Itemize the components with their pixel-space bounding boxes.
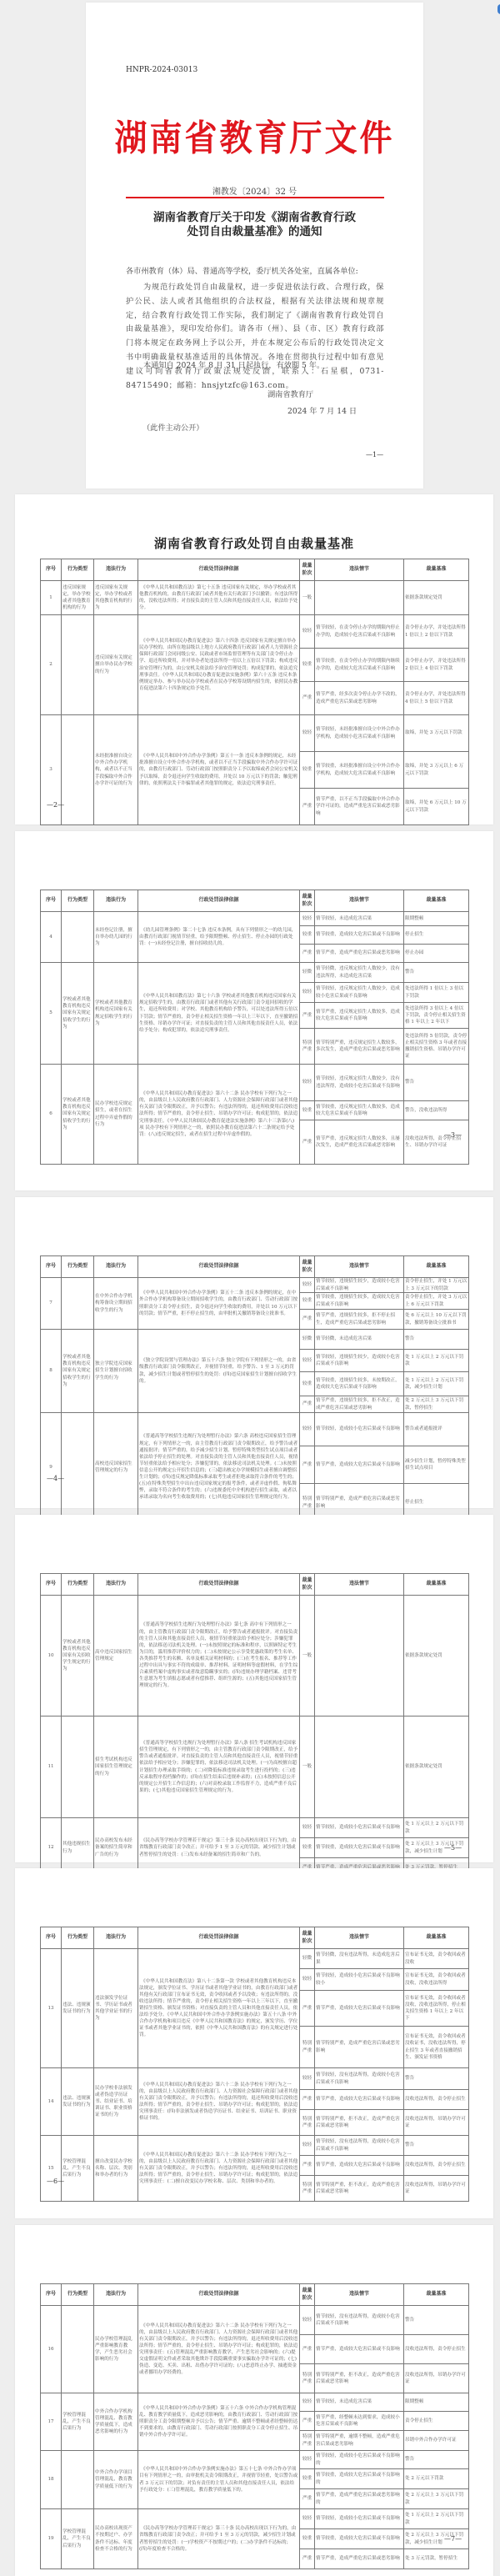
table-row: 16民办学校管理混乱严重影响教育教学，产生恶劣社会影响的行为《中华人民共和国民办… <box>41 2306 469 2335</box>
discretion-standard-cell: 责令停止办学，并处违法所得 1 倍以上 2 倍以下罚款 <box>404 615 469 649</box>
discretion-level-cell: 严重 <box>300 789 315 825</box>
table-row: 7在中外合作办学机构筹备设立期间招收学生的行为《中华人民共和国中外合作办学条例》… <box>41 1278 469 1293</box>
circumstances-cell: 情节较轻，造成较小危害后果或不良影响的 <box>315 2451 404 2469</box>
behavior-type-cell <box>62 715 94 825</box>
legal-basis-cell: 《中华人民共和国民办教育促进法》第六十二条 民办学校有下列行为之一的，由县级以上… <box>138 2306 300 2393</box>
row-number-cell: 1 <box>41 581 62 615</box>
header-discretion-standard: 裁量基准 <box>404 1927 469 1949</box>
header-behavior-type: 行为类型 <box>62 1256 94 1278</box>
discretion-standard-cell: 停止办园 <box>404 945 469 963</box>
row-number-cell: 13 <box>41 1949 62 2068</box>
behavior-type-cell: 违反国家规定，举办学校或者其他教育机构的行为 <box>62 581 94 615</box>
discretion-level-cell: 较重 <box>300 752 315 789</box>
behavior-type-cell <box>62 1716 94 1818</box>
table-row: 4未经登记注册，擅自举办幼儿园的行为《幼儿园管理条例》第二十七条 违反本条例，具… <box>41 912 469 926</box>
discretion-level-cell: 较轻 <box>300 983 315 1003</box>
behavior-type-cell <box>62 1278 94 1330</box>
discretion-standard-cell: 宣布证书无效，责令收回或者没收，没收违法所得 <box>404 1969 469 1991</box>
document-number: 湘教发〔2024〕32 号 <box>86 184 423 197</box>
circumstances-cell: 情节较重，造成较大危害后果或不良影响 <box>315 1838 404 1858</box>
discretion-standard-cell: 责令停止办学，并处违法所得 2 倍以上 4 倍以下罚款 <box>404 649 469 682</box>
violation-cell: 在中外合作办学机构筹备设立期间招收学生的行为 <box>94 1278 138 1330</box>
legal-basis-cell: 《中华人民共和国民办教育促进法》第六十四条 违反国家有关规定擅自举办民办学校的，… <box>138 615 300 715</box>
table-row: 17学校管理混乱，产生不良后果行为中外合作办学机构管理混乱、教育教学质量低下，造… <box>41 2393 469 2412</box>
table-row: 18中外合作办学项目管理混乱，教育教学质量低下的行为《中华人民共和国中外合作办学… <box>41 2451 469 2469</box>
discretion-level-cell: 较轻 <box>300 2136 315 2156</box>
header-behavior-type: 行为类型 <box>62 2284 94 2306</box>
violation-cell: 高中违反国家招生管理规定 <box>94 1596 138 1716</box>
discretion-standard-cell: 依据条款规定处罚 <box>404 1596 469 1716</box>
header-violation: 违法行为 <box>94 2284 138 2306</box>
circumstances-cell: 情节轻微，违反规定招生人数较少，没有违法所得，未造成危害后果 <box>315 963 404 983</box>
legal-basis-cell: 《中华人民共和国中外合作办学条例》第五十一条 违反本条例的规定，未经批准擅自设立… <box>138 715 300 825</box>
discretion-level-cell: 较轻 <box>300 1350 315 1372</box>
discretion-standard-cell: 责令停止招生，并处 1 万元以上 3 万元以下的罚款 <box>404 1278 469 1293</box>
table-row: 10学校或者其他教育机构违反国家有关招收学生规定的行为高中违反国家招生管理规定《… <box>41 1596 469 1716</box>
circumstances-cell: 情节严重，造成较大危害后果或不良影响 <box>315 2335 404 2364</box>
discretion-level-cell: 严重 <box>300 1003 315 1029</box>
header-number: 序号 <box>41 1927 62 1949</box>
discretion-standard-cell: 没收违法所得，责令停止招生 <box>404 2156 469 2176</box>
header-behavior-type: 行为类型 <box>62 559 94 581</box>
page-number: —4— <box>47 1475 64 1482</box>
discretion-level-cell: 严重 <box>300 945 315 963</box>
legal-basis-cell: 《普通高等学校招生违规行为处理暂行办法》第八条 招生考试机构违反国家招生管理规定… <box>138 1716 300 1818</box>
behavior-type-cell: 学校管理混乱，产生不良后果行为 <box>62 2509 94 2569</box>
discretion-standard-cell: 处 2 万元以下罚款 <box>404 2469 469 2489</box>
behavior-type-cell <box>62 2306 94 2393</box>
header-behavior-type: 行为类型 <box>62 1574 94 1596</box>
discretion-standard-cell: 没收违法所得，责令停止招生 <box>404 2335 469 2364</box>
row-number-cell: 17 <box>41 2393 62 2451</box>
table-row: 11招生考试机构违反国家招生管理规定的行为《普通高等学校招生违规行为处理暂行办法… <box>41 1716 469 1818</box>
discretion-level-cell: 较轻 <box>300 1065 315 1101</box>
table-row: 8学校或者其他教育机构违反国家有关规定招收学生的行为独立学院违反国家招生计划擅自… <box>41 1330 469 1350</box>
circumstances-cell: 情节较轻，造成较小危害后果或不良影响 <box>315 1818 404 1838</box>
discretion-standard-cell: 警告，没收违法所得 <box>404 1101 469 1120</box>
violation-cell: 民办学校违反规定招生，或者在招生过程中弄虚作假的行为 <box>94 1065 138 1165</box>
header-behavior-type: 行为类型 <box>62 1927 94 1949</box>
discretion-standard-cell: 责令停止招生，并处 3 万元以上 6 万元以下罚款 <box>404 1293 469 1310</box>
discretion-standard-cell: 处 3 万元罚款，暂停招生 <box>404 2549 469 2569</box>
discretion-standard-cell: 依据条款规定处罚 <box>404 581 469 615</box>
header-discretion-level: 裁量阶次 <box>300 559 315 581</box>
effective-date-text: 本通知自 2024 年 8 月 31 日起执行，有效期 5 年。 <box>143 358 324 370</box>
circumstances-cell: 情节严重，造成较大危害后果或不良影响 <box>315 2156 404 2176</box>
notice-body: 为规范行政处罚自由裁量权，进一步促进依法行政、合理行政，保护公民、法人或者其他组… <box>126 281 384 393</box>
discretion-level-cell: 严重 <box>300 2156 315 2176</box>
circumstances-cell: 情节严重，造成严重危害后果或恶劣影响 <box>315 2549 404 2569</box>
discretion-level-cell: 严重 <box>300 1310 315 1330</box>
discretion-standard-cell: 取缔，并处 6 万元以上 10 万元以下罚款 <box>404 789 469 825</box>
behavior-type-cell: 违法、违规颁发证书的行为 <box>62 2068 94 2136</box>
discretion-standard-cell: 限期整顿 <box>404 912 469 926</box>
circumstances-cell: 情节轻微，未造成危害后果 <box>315 1330 404 1350</box>
discretion-standard-cell: 警告 <box>404 2068 469 2090</box>
discretion-standard-cell: 没收违法所得，责令停止招生 <box>404 2090 469 2110</box>
circumstances-cell: 情节特别严重，违反规定招生人数较多，多次发生，造成严重危害后果或恶劣影响 <box>315 1029 404 1065</box>
behavior-type-cell: 学校或者其他教育机构违反国家有关规定招收学生的行为 <box>62 963 94 1065</box>
discretion-level-cell: 较重 <box>300 1372 315 1396</box>
header-legal-basis: 行政处罚法律依据 <box>138 2284 300 2306</box>
circumstances-cell: 情节较重，违反规定招生人数较多，造成较大危害后果或不良影响 <box>315 1101 404 1120</box>
discretion-standard-cell: 没收违法所得，吊销办学许可证 <box>404 2110 469 2136</box>
header-violation: 违法行为 <box>94 1927 138 1949</box>
row-number-cell: 16 <box>41 2306 62 2393</box>
circumstances-cell: 情节较重，造成较大危害后果或不良影响 <box>315 926 404 945</box>
discretion-level-cell: 严重 <box>300 2489 315 2509</box>
behavior-type-cell: 学校管理混乱，产生不良后果行为 <box>62 2393 94 2451</box>
header-number: 序号 <box>41 559 62 581</box>
circumstances-cell <box>315 581 404 615</box>
behavior-type-cell <box>62 615 94 715</box>
header-number: 序号 <box>41 1256 62 1278</box>
discretion-level-cell: 较轻 <box>300 2068 315 2090</box>
discretion-standard-cell: 宣布证书无效，责令收回或者没收，没收违法所得，停止相关招生资格 1 年以上 2 … <box>404 1991 469 2027</box>
circumstances-cell: 情节较重，违规招生较多，造成较大危害后果或不良影响 <box>315 1293 404 1310</box>
discretion-level-cell: 较轻 <box>300 615 315 649</box>
discretion-level-cell: 严重 <box>300 2335 315 2364</box>
circumstances-cell: 情节较重，违规招生较多，未按期改正，造成较大危害后果或不良影响 <box>315 1372 404 1396</box>
circumstances-cell: 情节特别严重，拒不改正，造成严重危害后果或恶劣影响 <box>315 2110 404 2136</box>
row-number-cell: 19 <box>41 2509 62 2569</box>
discretion-level-cell: 一般 <box>300 1596 315 1716</box>
row-number-cell: 14 <box>41 2068 62 2136</box>
circumstances-cell: 情节严重，造成较大危害后果或不良影响 <box>315 1446 404 1484</box>
table-row: 13违法、违规颁发证书的行为违法颁发学位证书、学历证书或者其他学业证书的行为《中… <box>41 1949 469 1969</box>
discretion-level-cell: 较重 <box>300 926 315 945</box>
page-7: 序号行为类型违法行为行政处罚法律依据裁量阶次违法情节裁量基准16民办学校管理混乱… <box>15 2225 493 2576</box>
discretion-standard-cell: 处违法所得 5 倍罚款，责令停止相关招生资格 3 年或者直接撤销招生资格、吊销办… <box>404 1029 469 1065</box>
header-legal-basis: 行政处罚法律依据 <box>138 890 300 912</box>
circumstances-cell <box>315 1716 404 1818</box>
discretion-standard-cell: 处 1 万元以上 2 万元以下罚款 <box>404 2509 469 2529</box>
discretion-standard-cell: 处 2 万元以上 3 万元以下罚款 <box>404 2489 469 2509</box>
violation-cell: 违反国家有关规定，举办学校或者其他教育机构的行为 <box>94 581 138 615</box>
circumstances-cell: 情节特别严重，造成严重危害后果或恶劣影响 <box>315 2027 404 2068</box>
discretion-level-cell: 特别严重 <box>300 2110 315 2136</box>
header-circumstances: 违法情节 <box>315 559 404 581</box>
discretion-level-cell: 较轻 <box>300 1413 315 1446</box>
legal-basis-cell: 《民办高等学校办学管理若干规定》第三十条 民办高校出现以下行为的，由省级教育行政… <box>138 2509 300 2569</box>
discretion-level-cell: 较轻 <box>300 1818 315 1838</box>
discretion-level-cell: 特别严重 <box>300 2431 315 2451</box>
header-discretion-standard: 裁量基准 <box>404 1256 469 1278</box>
discretion-level-cell: 较轻 <box>300 912 315 926</box>
legal-basis-cell: 《中华人民共和国教育法》第七十六条 学校或者其他教育机构违反国家有关规定招收学生… <box>138 963 300 1065</box>
behavior-type-cell: 学校或者其他教育机构违反国家有关规定招收学生的行为 <box>62 1065 94 1165</box>
discretion-standard-cell: 警告或者通报批评 <box>404 1413 469 1446</box>
header-circumstances: 违法情节 <box>315 1574 404 1596</box>
violation-cell: 擅自改变民办学校名称、层次、类别和举办者的行为 <box>94 2136 138 2202</box>
header-number: 序号 <box>41 1574 62 1596</box>
row-number-cell: 6 <box>41 1065 62 1165</box>
violation-cell: 高校违反国家招生管理规定的行为 <box>94 1413 138 1522</box>
discretion-standard-cell: 取缔，并处 3 万元以上 6 万元以下罚款 <box>404 752 469 789</box>
page-number: —2— <box>47 801 64 809</box>
violation-cell: 中外合作办学项目管理混乱，教育教学质量低下的行为 <box>94 2451 138 2509</box>
circumstances-cell: 情节较轻，违反规定招生人数较少，没有违法所得，造成较小危害后果或不良影响 <box>315 1065 404 1101</box>
page-6: 序号行为类型违法行为行政处罚法律依据裁量阶次违法情节裁量基准13违法、违规颁发证… <box>15 1868 493 2218</box>
row-number-cell: 11 <box>41 1716 62 1818</box>
page-1: HNPR-2024-03013 湖南省教育厅文件 湘教发〔2024〕32 号 湖… <box>86 3 423 489</box>
discretion-level-cell: 特别严重 <box>300 2027 315 2068</box>
red-header-title: 湖南省教育厅文件 <box>86 110 423 162</box>
page-number: —3— <box>444 1131 462 1139</box>
header-violation: 违法行为 <box>94 1256 138 1278</box>
discretion-level-cell: 较轻 <box>300 715 315 752</box>
table-row: 2违反国家有关规定擅自举办民办学校的行为《中华人民共和国民办教育促进法》第六十四… <box>41 615 469 649</box>
circumstances-cell: 情节较轻，造成较小危害后果或不良影响较小 <box>315 1969 404 1991</box>
header-discretion-standard: 裁量基准 <box>404 890 469 912</box>
notice-title: 湖南省教育厅关于印发《湖南省教育行政 处罚自由裁量基准》的通知 <box>119 211 390 239</box>
behavior-type-cell: 违法、违规颁发证书的行为 <box>62 1949 94 2068</box>
addressee: 各市州教育（体）局、普通高等学校，委厅机关各处室，直属各单位: <box>126 264 358 276</box>
header-discretion-standard: 裁量基准 <box>404 1574 469 1596</box>
row-number-cell: 8 <box>41 1330 62 1413</box>
row-number-cell: 9 <box>41 1413 62 1522</box>
discretion-table: 序号行为类型违法行为行政处罚法律依据裁量阶次违法情节裁量基准1违反国家规定，举办… <box>40 559 469 825</box>
discretion-level-cell: 轻微 <box>300 1330 315 1350</box>
discretion-standard-cell: 处 6 万元以上 10 万元以下罚款，撤销筹备设立批准书 <box>404 1310 469 1330</box>
header-discretion-level: 裁量阶次 <box>300 2284 315 2306</box>
discretion-level-cell: 较轻 <box>300 1278 315 1293</box>
discretion-level-cell: 较重 <box>300 2469 315 2489</box>
legal-basis-cell: 《普通高等学校招生违规行为处理暂行办法》第七条 高中有下列情形之一的，由主管教育… <box>138 1596 300 1716</box>
violation-cell: 民办学校非法颁发或者伪造学历证书、结业证书、培训证书、职业资格证书的行为 <box>94 2068 138 2136</box>
circumstances-cell: 情节较轻，没有违法所得，造成较小危害后果或不良影响 <box>315 2068 404 2090</box>
circumstances-cell: 情节严重，经整顿未达到要求，造成较小危害后果或不良影响 <box>315 2412 404 2431</box>
discretion-table: 序号行为类型违法行为行政处罚法律依据裁量阶次违法情节裁量基准13违法、违规颁发证… <box>40 1927 469 2202</box>
row-number-cell: 15 <box>41 2136 62 2202</box>
discretion-standard-cell: 处 2 万元以上 3 万元以下罚款，暂停招生 <box>404 1396 469 1413</box>
legal-basis-cell: 《中华人民共和国中外合作办学条例》第五十六条 中外合作办学机构管理混乱、教育教学… <box>138 2393 300 2451</box>
header-discretion-level: 裁量阶次 <box>300 1256 315 1278</box>
discretion-standard-cell: 责令停止招生 <box>404 2412 469 2431</box>
discretion-level-cell: 特别严重 <box>300 2364 315 2393</box>
discretion-standard-cell: 处 1 万元以上 2 万元以下罚款 <box>404 1350 469 1372</box>
header-circumstances: 违法情节 <box>315 1256 404 1278</box>
discretion-standard-cell: 没收违法所得，吊销办学许可证 <box>404 2364 469 2393</box>
discretion-level-cell: 较轻 <box>300 2393 315 2412</box>
discretion-standard-cell: 依据条款规定处罚 <box>404 1716 469 1818</box>
violation-cell: 未经批准擅自设立中外合作办学机构，或者以不正当手段骗取中外合作办学许可证的行为 <box>94 715 138 825</box>
table-row: 9高校违反国家招生管理规定的行为《普通高等学校招生违规行为处理暂行办法》第六条 … <box>41 1413 469 1446</box>
discretion-level-cell: 较轻 <box>300 1969 315 1991</box>
violation-cell: 独立学院违反国家招生计划擅自招收学生的行为 <box>94 1330 138 1413</box>
discretion-standard-cell: 警告 <box>404 1065 469 1101</box>
red-divider <box>126 197 384 198</box>
legal-basis-cell: 《中华人民共和国民办教育促进法》第六十二条 民办学校有下列行为之一的，由县级以上… <box>138 2068 300 2136</box>
discretion-level-cell: 较重 <box>300 2529 315 2549</box>
header-discretion-standard: 裁量基准 <box>404 559 469 581</box>
discretion-table: 序号行为类型违法行为行政处罚法律依据裁量阶次违法情节裁量基准4未经登记注册，擅自… <box>40 890 469 1165</box>
discretion-level-cell: 一般 <box>300 581 315 615</box>
discretion-level-cell: 严重 <box>300 2549 315 2569</box>
discretion-standard-cell: 吊销中外合作办学许可证 <box>404 2431 469 2451</box>
circumstances-cell: 情节严重，造成严重危害后果或恶劣影响 <box>315 945 404 963</box>
page-5: 序号行为类型违法行为行政处罚法律依据裁量阶次违法情节裁量基准10学校或者其他教育… <box>15 1515 493 1862</box>
table-row: 3未经批准擅自设立中外合作办学机构，或者以不正当手段骗取中外合作办学许可证的行为… <box>41 715 469 752</box>
violation-cell: 违法颁发学位证书、学历证书或者其他学业证书的行为 <box>94 1949 138 2068</box>
behavior-type-cell <box>62 912 94 963</box>
discretion-standard-cell: 限期整顿 <box>404 2393 469 2412</box>
discretion-standard-cell: 取缔，并处 3 万元以下罚款 <box>404 715 469 752</box>
legal-basis-cell: 《幼儿园管理条例》第二十七条 违反本条例，具有下列情形之一的幼儿园，由教育行政部… <box>138 912 300 963</box>
discretion-level-cell: 轻微 <box>300 1949 315 1969</box>
circumstances-cell: 情节较重，造成较大危害后果或不良影响的 <box>315 2469 404 2489</box>
row-number-cell: 7 <box>41 1278 62 1330</box>
page-3: 序号行为类型违法行为行政处罚法律依据裁量阶次违法情节裁量基准4未经登记注册，擅自… <box>15 831 493 1190</box>
circumstances-cell: 情节较轻，违规招生较少，造成较小危害后果或不良影响 <box>315 1278 404 1293</box>
header-legal-basis: 行政处罚法律依据 <box>138 1574 300 1596</box>
discretion-level-cell: 较重 <box>300 649 315 682</box>
discretion-standard-cell: 停止招生 <box>404 926 469 945</box>
discretion-level-cell: 特别严重 <box>300 2176 315 2202</box>
page-2: 湖南省教育行政处罚自由裁量基准序号行为类型违法行为行政处罚法律依据裁量阶次违法情… <box>15 494 493 824</box>
legal-basis-cell: 《普通高等学校招生违规行为处理暂行办法》第六条 高校违反国家招生管理规定，有下列… <box>138 1413 300 1522</box>
table-row: 15学校管理混乱，产生不良后果行为擅自改变民办学校名称、层次、类别和举办者的行为… <box>41 2136 469 2156</box>
circumstances-cell: 情节较重，造成较大危害后果或不良影响 <box>315 2529 404 2549</box>
row-number-cell: 18 <box>41 2451 62 2509</box>
circumstances-cell: 情节特别严重，拒不改正，造成严重危害后果或恶劣影响 <box>315 2176 404 2202</box>
discretion-level-cell: 严重 <box>300 1991 315 2027</box>
discretion-table: 序号行为类型违法行为行政处罚法律依据裁量阶次违法情节裁量基准10学校或者其他教育… <box>40 1573 469 1878</box>
header-discretion-standard: 裁量基准 <box>404 2284 469 2306</box>
discretion-level-cell: 严重 <box>300 1120 315 1165</box>
discretion-level-cell: 严重 <box>300 2090 315 2110</box>
header-circumstances: 违法情节 <box>315 1927 404 1949</box>
discretion-level-cell: 严重 <box>300 682 315 715</box>
discretion-standard-cell: 没收违法所得，吊销办学许可证 <box>404 2176 469 2202</box>
header-discretion-level: 裁量阶次 <box>300 1927 315 1949</box>
legal-basis-cell: 《独立学院设置与管理办法》第五十六条 独立学院有下列情形之一的，由省级教育行政部… <box>138 1330 300 1413</box>
discretion-level-cell: 严重 <box>300 1396 315 1413</box>
violation-cell: 中外合作办学机构管理混乱、教育教学质量低下，造成恶劣影响的行为 <box>94 2393 138 2451</box>
table-row: 19学校管理混乱，产生不良后果行为民办高校出现资产不按期过户、办学条件不达标、年… <box>41 2509 469 2529</box>
circumstances-cell: 情节较轻，违规招生较少，造成较小危害后果或不良影响 <box>315 1350 404 1372</box>
discretion-level-cell: 较轻 <box>300 2306 315 2335</box>
page-4: 序号行为类型违法行为行政处罚法律依据裁量阶次违法情节裁量基准7在中外合作办学机构… <box>15 1197 493 1508</box>
discretion-standard-cell: 宣布证书无效，责令收回或者没收证书，没收违法所得，停止招生 3 年或者直接撤销招… <box>404 2027 469 2068</box>
discretion-standard-cell: 警告 <box>404 963 469 983</box>
row-number-cell: 2 <box>41 615 62 715</box>
violation-cell: 民办高校出现资产不按期过户、办学条件不达标、年度检查不合格的行为 <box>94 2509 138 2569</box>
circumstances-cell: 情节较轻，未经批准擅自设立中外合作办学机构，造成较小危害后果或不良影响 <box>315 715 404 752</box>
page-number: —5— <box>444 1844 462 1852</box>
issue-date: 2024 年 7 月 14 日 <box>287 404 357 416</box>
circumstances-cell: 情节较重，未经批准擅自设立中外合作办学机构，造成较大危害后果或不良影响 <box>315 752 404 789</box>
discretion-level-cell: 较重 <box>300 1101 315 1120</box>
circumstances-cell: 情节严重，违规招生较多，拒不停止招生，造成严重危害后果或恶劣影响 <box>315 1310 404 1330</box>
header-number: 序号 <box>41 890 62 912</box>
discretion-standard-cell: 警告 <box>404 1330 469 1350</box>
circumstances-cell <box>315 1596 404 1716</box>
circumstances-cell: 情节较轻，违反规定招生人数较少，造成较小危害后果或不良影响 <box>315 983 404 1003</box>
header-violation: 违法行为 <box>94 890 138 912</box>
issuer: 湖南省教育厅 <box>267 388 313 399</box>
discretion-standard-cell: 处违法所得 3 倍以上 4 倍以下罚款，责令停止相关招生资格 1 年以上 2 年… <box>404 1003 469 1029</box>
table-row: 12其他违规招生行为民办高校发布未经备案的招生简章和广告的行为《民办高等学校办学… <box>41 1818 469 1838</box>
header-behavior-type: 行为类型 <box>62 890 94 912</box>
circumstances-cell: 情节严重，造成严重危害后果或恶劣影响的 <box>315 2489 404 2509</box>
circumstances-cell: 情节严重，违反规定招生人数较多，造成较大危害后果或不良影响 <box>315 1003 404 1029</box>
circumstances-cell: 情节特别严重，拒不改正，造成严重危害后果或恶劣影响 <box>315 2364 404 2393</box>
discretion-standard-cell: 处 1 万元以上 2 万元以下罚款 <box>404 1818 469 1838</box>
circumstances-cell: 情节较轻，没有违法所得，造成较小危害后果或不良影响 <box>315 2136 404 2156</box>
discretion-standard-cell: 处 1 万元以上 2 万元以下罚款，减少招生计划 <box>404 1372 469 1396</box>
discretion-level-cell: 较重 <box>300 1293 315 1310</box>
discretion-standard-cell: 宣布证书无效，责令收回或者没收 <box>404 1949 469 1969</box>
behavior-type-cell: 学校或者其他教育机构违反国家有关规定招收学生的行为 <box>62 1330 94 1413</box>
legal-basis-cell: 《中华人民共和国民办教育促进法》第六十二条 民办学校有下列行为之一的，由县级以上… <box>138 2136 300 2202</box>
violation-cell: 招生考试机构违反国家招生管理规定的行为 <box>94 1716 138 1818</box>
legal-basis-cell: 《中华人民共和国中外合作办学条例》第五十二条 违反本条例的规定，在中外合作办学机… <box>138 1278 300 1330</box>
discretion-standard-cell: 警告 <box>404 2136 469 2156</box>
circumstances-cell: 情节严重，经多次责令停止办学不改的，造成严重危害后果或恶劣影响 <box>315 682 404 715</box>
discretion-standard-cell: 没收违法所得，责令停止招生、吊销办学许可证 <box>404 1120 469 1165</box>
document-id: HNPR-2024-03013 <box>126 66 197 74</box>
circumstances-cell: 情节严重，违规招生较多，拒不改正，造成严重危害后果或恶劣影响 <box>315 1396 404 1413</box>
table-row: 1违反国家规定，举办学校或者其他教育机构的行为违反国家有关规定，举办学校或者其他… <box>41 581 469 615</box>
header-legal-basis: 行政处罚法律依据 <box>138 1256 300 1278</box>
header-discretion-level: 裁量阶次 <box>300 1574 315 1596</box>
legal-basis-cell: 《中华人民共和国教育法》第八十二条第一款 学校或者其他教育机构违反本法规定，颁发… <box>138 1949 300 2068</box>
circumstances-cell: 情节较轻，未造成危害后果 <box>315 2393 404 2412</box>
discretion-table: 序号行为类型违法行为行政处罚法律依据裁量阶次违法情节裁量基准16民办学校管理混乱… <box>40 2283 469 2569</box>
circumstances-cell: 情节严重，违反规定招生人数较多，且屡次发生，造成严重危害后果或恶劣影响 <box>315 1120 404 1165</box>
discretion-table: 序号行为类型违法行为行政处罚法律依据裁量阶次违法情节裁量基准7在中外合作办学机构… <box>40 1255 469 1522</box>
table-row: 5学校或者其他教育机构违反国家有关规定招收学生的行为学校或者其他教育机构违反国家… <box>41 963 469 983</box>
circumstances-cell: 情节严重，造成较大危害后果或不良影响 <box>315 1991 404 2027</box>
violation-cell: 学校或者其他教育机构违反国家有关规定招收学生的行为 <box>94 963 138 1065</box>
circumstances-cell: 情节较轻，造成较小危害后果或不良影响 <box>315 1413 404 1446</box>
standard-title: 湖南省教育行政处罚自由裁量基准 <box>15 534 493 552</box>
row-number-cell: 4 <box>41 912 62 963</box>
circumstances-cell: 情节严重，以不正当手段骗取中外合作办学许可证的，造成严重危害后果或恶劣影响 <box>315 789 404 825</box>
behavior-type-cell: 学校管理混乱，产生不良后果行为 <box>62 2136 94 2202</box>
discretion-level-cell: 严重 <box>300 2412 315 2431</box>
legal-basis-cell: 《中华人民共和国中外合作办学条例实施办法》第五十七条 中外合作办学项目有下列情形… <box>138 2451 300 2509</box>
violation-cell: 民办学校管理混乱严重影响教育教学，产生恶劣社会影响的行为 <box>94 2306 138 2393</box>
legal-basis-cell: 《中华人民共和国民办教育促进法》第六十二条 民办学校有下列行为之一的，由县级以上… <box>138 1065 300 1165</box>
header-violation: 违法行为 <box>94 1574 138 1596</box>
behavior-type-cell <box>62 2451 94 2509</box>
circumstances-cell: 情节特别严重，逾期不整顿，造成严重危害后果或恶劣影响 <box>315 2431 404 2451</box>
public-note: （此件主动公开） <box>142 421 204 433</box>
violation-cell: 未经登记注册，擅自举办幼儿园的行为 <box>94 912 138 963</box>
header-legal-basis: 行政处罚法律依据 <box>138 559 300 581</box>
page-number: —6— <box>47 2178 64 2185</box>
circumstances-cell: 情节较重，在责令停止办学的期限内继续办学的，造成较大危害后果或不良影响 <box>315 649 404 682</box>
discretion-level-cell: 轻微 <box>300 963 315 983</box>
discretion-standard-cell: 警告 <box>404 2306 469 2335</box>
discretion-level-cell: 较轻 <box>300 2509 315 2529</box>
discretion-level-cell: 特别严重 <box>300 1029 315 1065</box>
discretion-level-cell: 一般 <box>300 1716 315 1818</box>
behavior-type-cell: 学校或者其他教育机构违反国家有关招收学生规定的行为 <box>62 1596 94 1716</box>
circumstances-cell: 情节轻微，没有违法所得，未造成危害后果 <box>315 1949 404 1969</box>
violation-cell: 违反国家有关规定擅自举办民办学校的行为 <box>94 615 138 715</box>
circumstances-cell: 情节较轻，在责令停止办学的期限内停止办学的，造成较小危害后果或不良影响 <box>315 615 404 649</box>
header-circumstances: 违法情节 <box>315 2284 404 2306</box>
header-number: 序号 <box>41 2284 62 2306</box>
circumstances-cell: 情节较轻，未造成危害后果 <box>315 912 404 926</box>
discretion-standard-cell: 处违法所得 1 倍以上 3 倍以下罚款 <box>404 983 469 1003</box>
header-circumstances: 违法情节 <box>315 890 404 912</box>
circumstances-cell: 情节较轻，造成较小危害后果或不良影响 <box>315 2509 404 2529</box>
header-discretion-level: 裁量阶次 <box>300 890 315 912</box>
